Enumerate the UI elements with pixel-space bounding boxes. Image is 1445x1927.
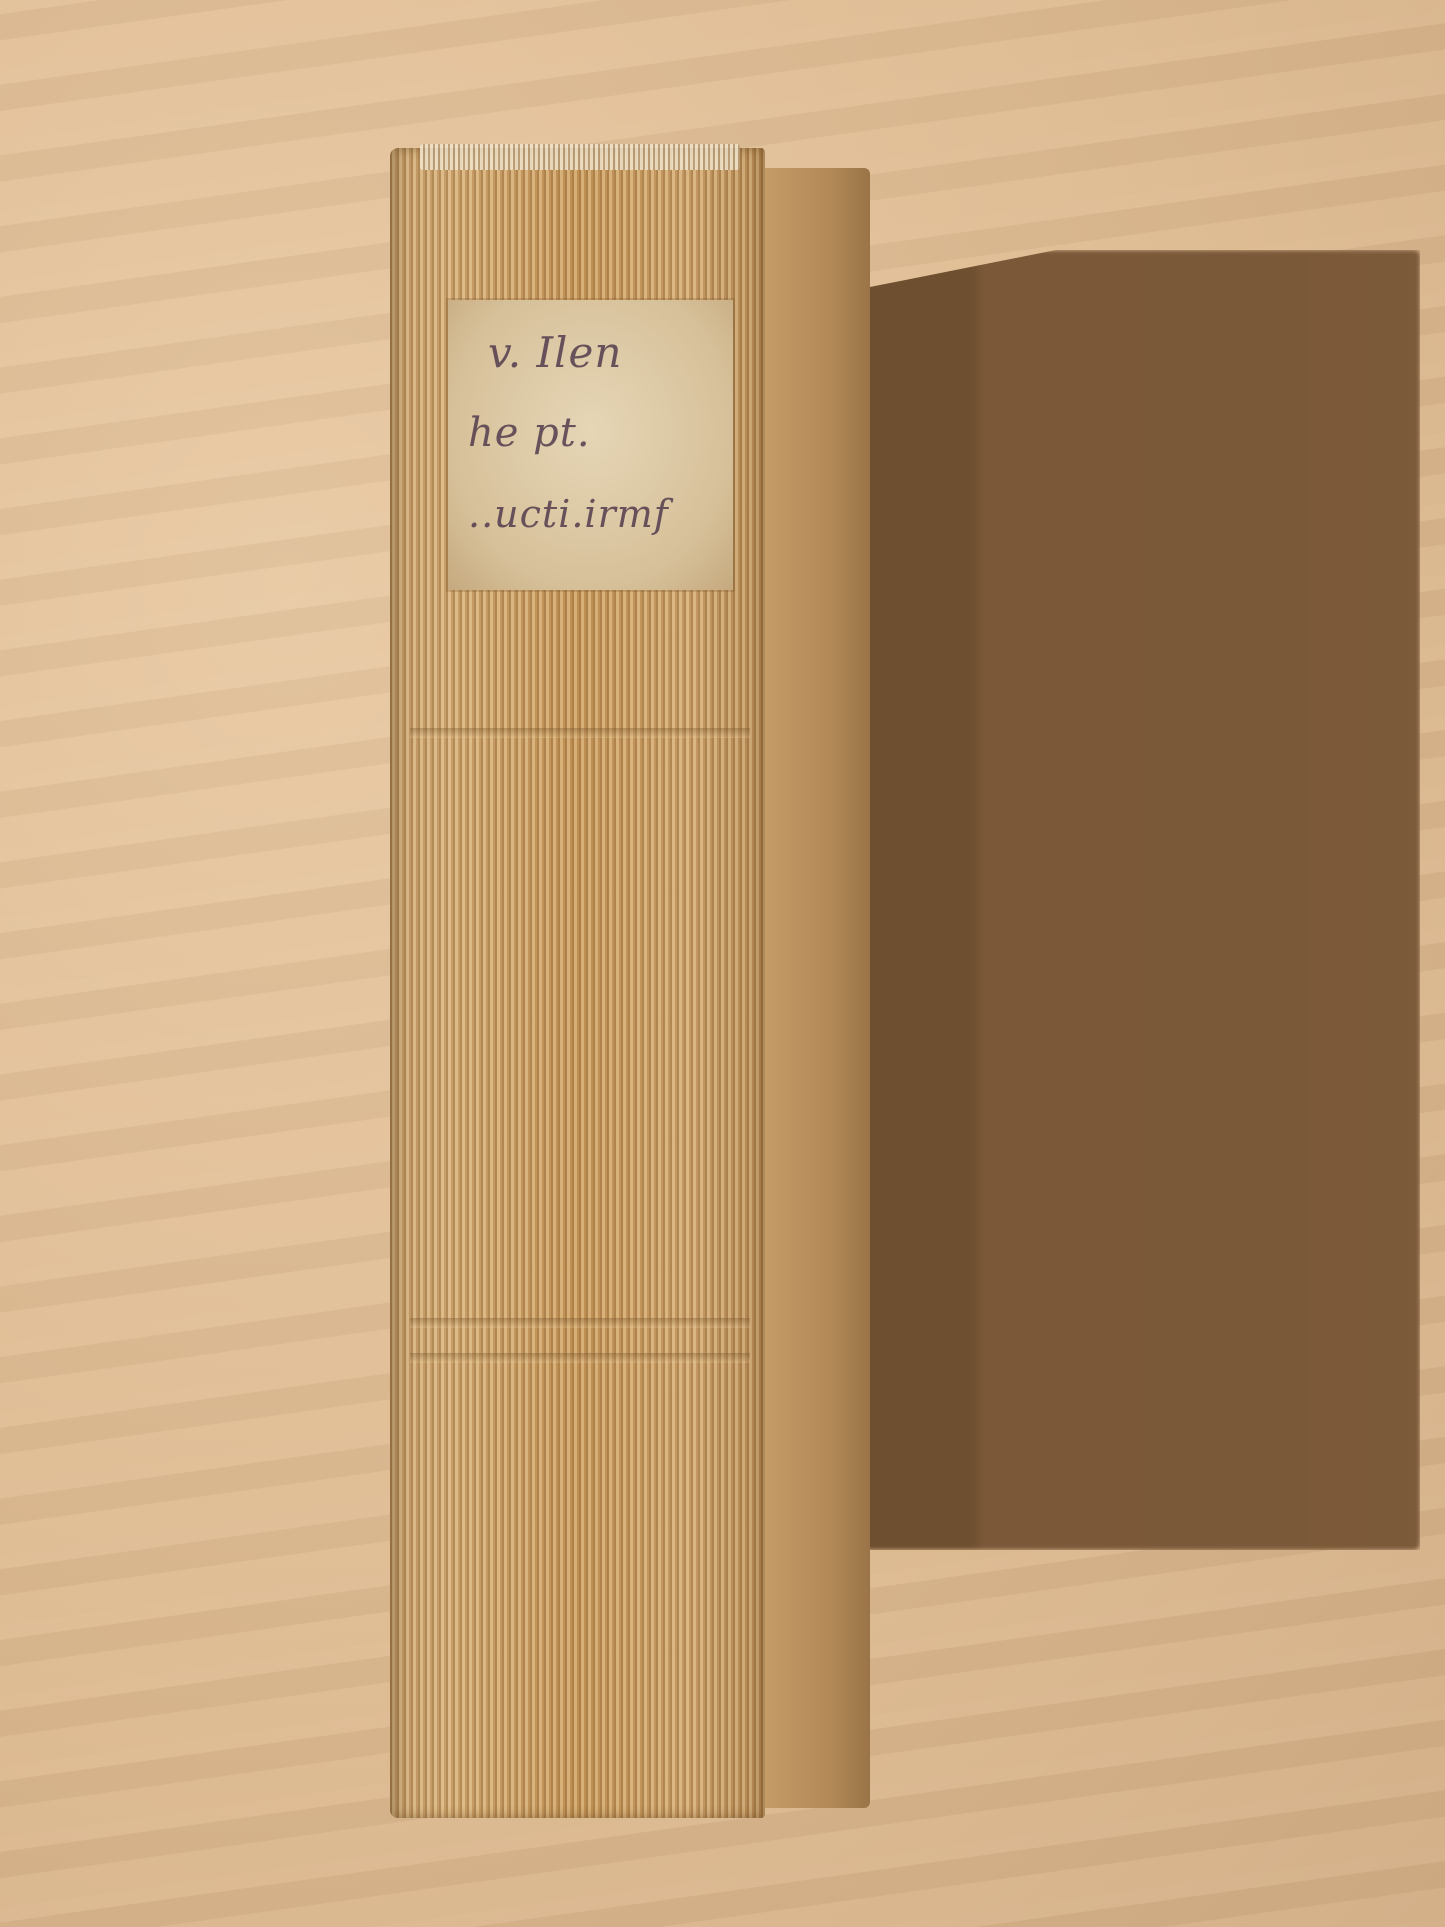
photo-scene: v. Ilen he pt. ..ucti.irmf <box>0 0 1445 1927</box>
book: v. Ilen he pt. ..ucti.irmf <box>390 148 870 1818</box>
spine-band-lower <box>410 1353 750 1363</box>
spine-label-line-1: v. Ilen <box>488 328 719 377</box>
spine-label: v. Ilen he pt. ..ucti.irmf <box>448 300 733 590</box>
book-spine: v. Ilen he pt. ..ucti.irmf <box>390 148 765 1818</box>
spine-headcap <box>420 144 740 170</box>
spine-crease <box>410 728 750 738</box>
spine-label-line-2: he pt. <box>468 410 719 456</box>
spine-band-upper <box>410 1318 750 1328</box>
spine-label-line-3: ..ucti.irmf <box>468 492 719 536</box>
book-shadow <box>860 250 1420 1550</box>
book-side-edge <box>765 168 870 1808</box>
